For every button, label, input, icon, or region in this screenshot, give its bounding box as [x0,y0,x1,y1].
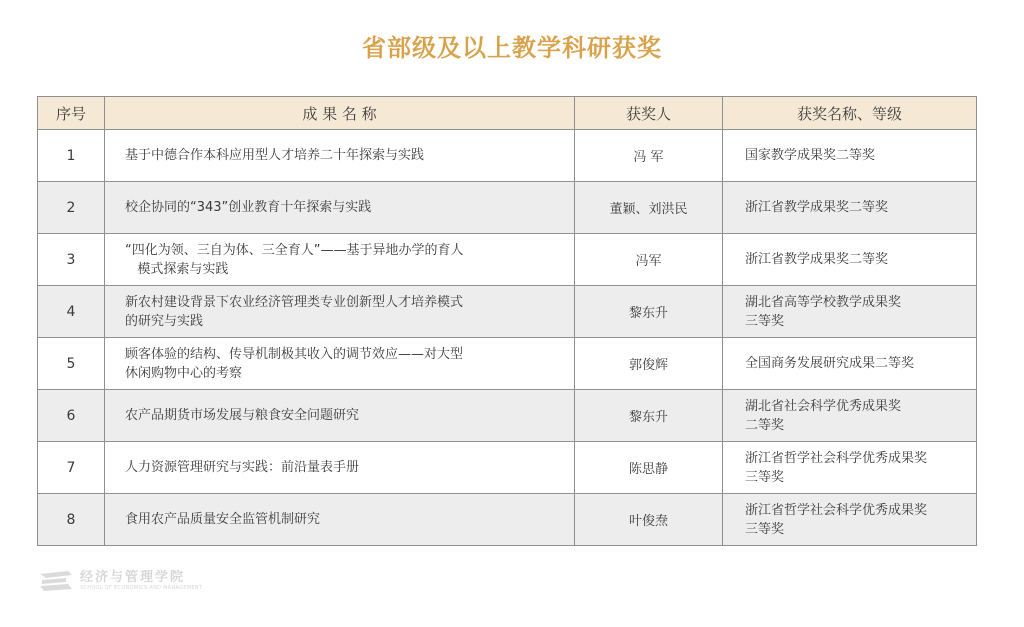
row-number: 8 [38,494,105,546]
header-winner: 获奖人 [575,97,723,130]
achievement-name: 食用农产品质量安全监管机制研究 [105,494,575,546]
winner-name: 冯 军 [575,130,723,182]
school-emblem-icon [38,570,74,592]
awards-table: 序号 成 果 名 称 获奖人 获奖名称、等级 1基于中德合作本科应用型人才培养二… [37,96,977,546]
achievement-name: 人力资源管理研究与实践：前沿量表手册 [105,442,575,494]
achievement-name: 校企协同的“343”创业教育十年探索与实践 [105,182,575,234]
row-number: 3 [38,234,105,286]
table-header-row: 序号 成 果 名 称 获奖人 获奖名称、等级 [38,97,977,130]
row-number: 6 [38,390,105,442]
row-number: 2 [38,182,105,234]
header-award-level: 获奖名称、等级 [723,97,977,130]
award-name-level: 浙江省教学成果奖二等奖 [723,234,977,286]
row-number: 5 [38,338,105,390]
header-achievement-name: 成 果 名 称 [105,97,575,130]
winner-name: 冯军 [575,234,723,286]
achievement-name: “四化为领、三自为体、三全育人”——基于异地办学的育人 模式探索与实践 [105,234,575,286]
table-row: 6农产品期货市场发展与粮食安全问题研究黎东升湖北省社会科学优秀成果奖二等奖 [38,390,977,442]
winner-name: 陈思静 [575,442,723,494]
award-name-level: 浙江省哲学社会科学优秀成果奖三等奖 [723,494,977,546]
achievement-name: 新农村建设背景下农业经济管理类专业创新型人才培养模式的研究与实践 [105,286,575,338]
award-name-level: 湖北省高等学校教学成果奖三等奖 [723,286,977,338]
winner-name: 黎东升 [575,390,723,442]
table-row: 2校企协同的“343”创业教育十年探索与实践董颖、刘洪民浙江省教学成果奖二等奖 [38,182,977,234]
award-name-level: 国家教学成果奖二等奖 [723,130,977,182]
winner-name: 黎东升 [575,286,723,338]
table-row: 3“四化为领、三自为体、三全育人”——基于异地办学的育人 模式探索与实践冯军浙江… [38,234,977,286]
table-row: 4新农村建设背景下农业经济管理类专业创新型人才培养模式的研究与实践黎东升湖北省高… [38,286,977,338]
winner-name: 董颖、刘洪民 [575,182,723,234]
table-row: 8食用农产品质量安全监管机制研究叶俊焘浙江省哲学社会科学优秀成果奖三等奖 [38,494,977,546]
achievement-name: 农产品期货市场发展与粮食安全问题研究 [105,390,575,442]
winner-name: 叶俊焘 [575,494,723,546]
achievement-name: 顾客体验的结构、传导机制极其收入的调节效应——对大型休闲购物中心的考察 [105,338,575,390]
header-number: 序号 [38,97,105,130]
page-title: 省部级及以上教学科研获奖 [0,28,1024,63]
achievement-name: 基于中德合作本科应用型人才培养二十年探索与实践 [105,130,575,182]
award-name-level: 全国商务发展研究成果二等奖 [723,338,977,390]
row-number: 7 [38,442,105,494]
row-number: 4 [38,286,105,338]
row-number: 1 [38,130,105,182]
award-name-level: 湖北省社会科学优秀成果奖二等奖 [723,390,977,442]
table-row: 5顾客体验的结构、传导机制极其收入的调节效应——对大型休闲购物中心的考察郭俊辉全… [38,338,977,390]
table-row: 7人力资源管理研究与实践：前沿量表手册陈思静浙江省哲学社会科学优秀成果奖三等奖 [38,442,977,494]
logo-english-name: SCHOOL OF ECONOMICS AND MANAGEMENT [80,585,202,592]
school-logo: 经济与管理学院 SCHOOL OF ECONOMICS AND MANAGEME… [38,570,202,592]
table-row: 1基于中德合作本科应用型人才培养二十年探索与实践冯 军国家教学成果奖二等奖 [38,130,977,182]
logo-chinese-name: 经济与管理学院 [80,571,202,585]
award-name-level: 浙江省哲学社会科学优秀成果奖三等奖 [723,442,977,494]
winner-name: 郭俊辉 [575,338,723,390]
award-name-level: 浙江省教学成果奖二等奖 [723,182,977,234]
